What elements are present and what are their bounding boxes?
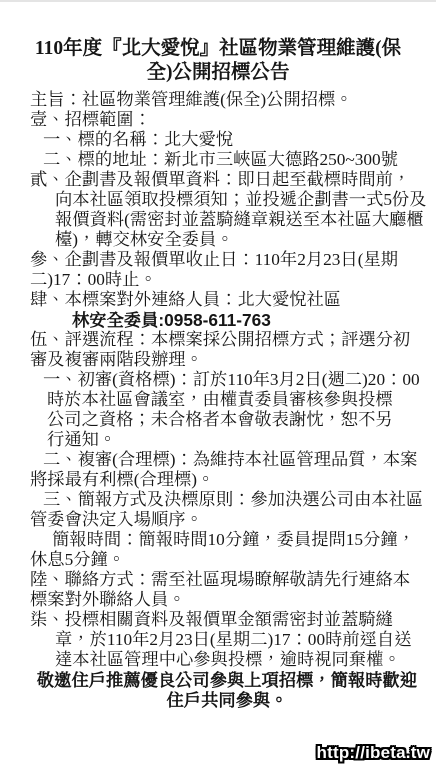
line-briefing-time: 簡報時間：簡報時間10分鐘，委員提問15分鐘， xyxy=(30,530,424,550)
title-line-1: 110年度『北大愛悅』社區物業管理維護(保 xyxy=(28,37,408,61)
scanned-tender-notice: 110年度『北大愛悅』社區物業管理維護(保 全)公開招標公告 主旨：社區物業管理… xyxy=(0,0,436,768)
line-first-review-cont: 行通知。 xyxy=(30,430,424,450)
title-line-2: 全)公開招標公告 xyxy=(28,61,408,85)
line-second-review: 二、複審(合理標)：為維持本社區管理品質，本案 xyxy=(30,450,424,470)
watermark-ibeta: http://ibeta.tw xyxy=(317,743,430,763)
line-briefing-time-cont: 休息5分鐘。 xyxy=(30,550,424,570)
line-section4-contact: 肆、本標案對外連絡人員：北大愛悅社區 xyxy=(30,290,424,310)
line-briefing-rule-cont: 管委會決定入場順序。 xyxy=(30,510,424,530)
line-section7-head: 柒、投標相關資料及報價單金額需密封並蓋騎縫 xyxy=(30,610,424,630)
line-section2-cont: 檯)，轉交林安全委員。 xyxy=(30,230,424,250)
line-first-review: 一、初審(資格標)：訂於110年3月2日(週二)20：00 xyxy=(30,370,424,390)
line-section5-head: 伍、評選流程：本標案採公開招標方式；評選分初 xyxy=(30,330,424,350)
line-subject: 主旨：社區物業管理維護(保全)公開招標。 xyxy=(30,90,424,110)
line-section2-cont: 報價資料(需密封並蓋騎縫章親送至本社區大廳櫃 xyxy=(30,210,424,230)
page-title: 110年度『北大愛悅』社區物業管理維護(保 全)公開招標公告 xyxy=(28,37,408,85)
line-section2-head: 貳、企劃書及報價單資料：即日起至截標時間前， xyxy=(30,170,424,190)
line-second-review-cont: 將採最有利標(合理標)。 xyxy=(30,470,424,490)
line-first-review-cont: 公司之資格；未合格者本會敬表謝忱，恕不另 xyxy=(30,410,424,430)
line-first-review-cont: 時於本社區會議室，由權責委員審核參與投標 xyxy=(30,390,424,410)
line-briefing-rule: 三、簡報方式及決標原則：參加決選公司由本社區 xyxy=(30,490,424,510)
line-section6-contact: 陸、聯絡方式：需至社區現場瞭解敬請先行連絡本 xyxy=(30,570,424,590)
line-item-address: 二、標的地址：新北市三峽區大德路250~300號 xyxy=(30,150,424,170)
line-section7-cont: 達本社區管理中心參與投標，逾時視同棄權。 xyxy=(30,650,424,670)
line-section6-cont: 標案對外聯絡人員。 xyxy=(30,590,424,610)
line-section1-head: 壹、招標範圍： xyxy=(30,110,424,130)
closing-invitation-line: 敬邀住戶推薦優良公司參與上項招標，簡報時歡迎 xyxy=(30,670,424,690)
line-section2-cont: 向本社區領取投標須知；並投遞企劃書一式5份及 xyxy=(30,190,424,210)
line-section3-cont: 二)17：00時止。 xyxy=(30,270,424,290)
line-item-name: 一、標的名稱：北大愛悅 xyxy=(30,130,424,150)
scan-edge-artifact xyxy=(0,0,436,2)
document-body: 主旨：社區物業管理維護(保全)公開招標。 壹、招標範圍： 一、標的名稱：北大愛悅… xyxy=(30,90,424,710)
line-section3-deadline: 參、企劃書及報價單收止日：110年2月23日(星期 xyxy=(30,250,424,270)
contact-phone-line: 林安全委員:0958-611-763 xyxy=(30,310,424,330)
closing-invitation-line: 住戶共同參與。 xyxy=(30,690,424,710)
line-section7-cont: 章，於110年2月23日(星期二)17：00時前逕自送 xyxy=(30,630,424,650)
line-section5-cont: 審及複審兩階段辦理。 xyxy=(30,350,424,370)
